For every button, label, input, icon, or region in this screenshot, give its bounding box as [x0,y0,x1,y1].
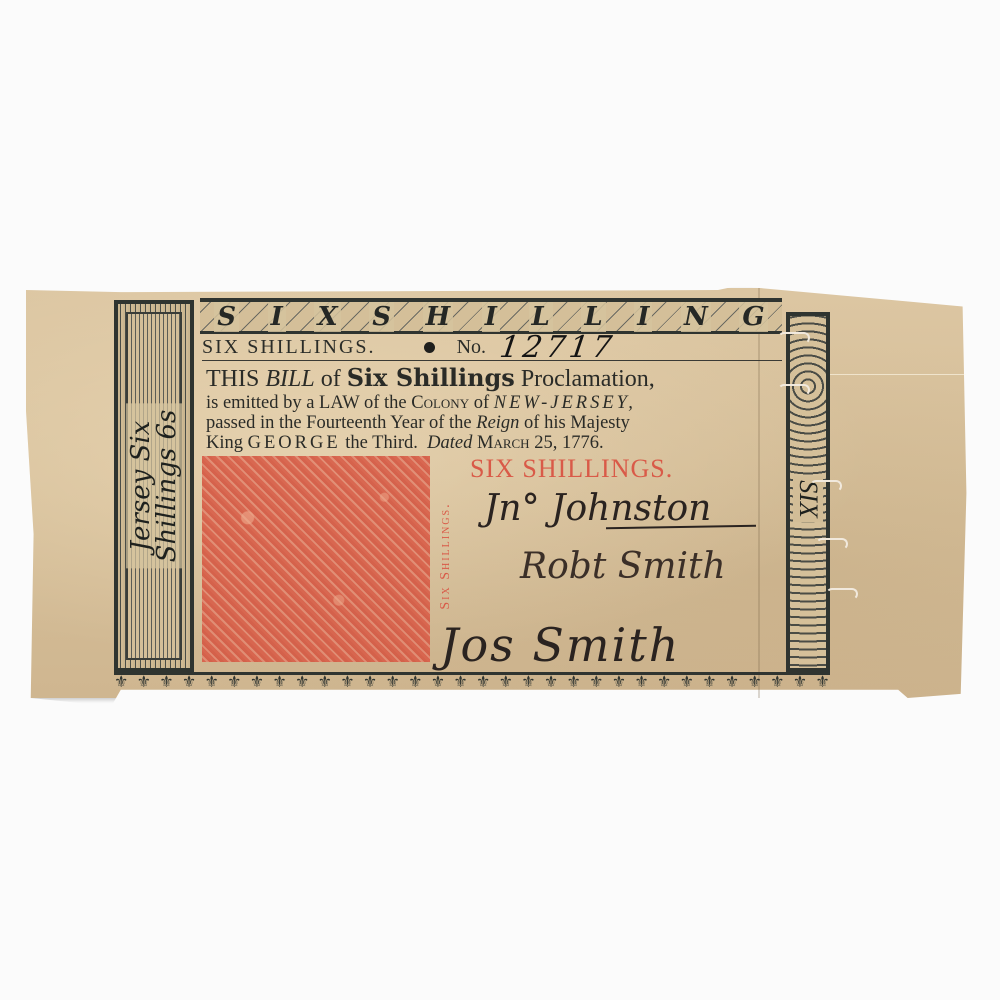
paper-crease [826,374,966,375]
signature-robt-smith: Robt Smith [520,546,726,587]
fleur-icon: ⚜ [272,675,286,691]
fleur-icon: ⚜ [770,675,784,691]
fleur-icon: ⚜ [431,675,445,691]
fleur-icon: ⚜ [521,675,535,691]
bottom-ornamental-border: ⚜⚜⚜⚜⚜⚜⚜⚜⚜⚜⚜⚜⚜⚜⚜⚜⚜⚜⚜⚜⚜⚜⚜⚜⚜⚜⚜⚜⚜⚜⚜⚜ [114,672,830,694]
fleur-icon: ⚜ [159,675,173,691]
signature-johnston: Jn° Johnston [484,488,711,529]
fleur-icon: ⚜ [363,675,377,691]
fleur-icon: ⚜ [137,675,151,691]
fleur-icon: ⚜ [408,675,422,691]
fleur-icon: ⚜ [680,675,694,691]
fleur-icon: ⚜ [386,675,400,691]
fleur-icon: ⚜ [589,675,603,691]
banknote: Jersey Six Shillings 6s SIX S I X S H I … [26,288,974,698]
fleur-icon: ⚜ [634,675,648,691]
fleur-icon: ⚜ [295,675,309,691]
fleur-icon: ⚜ [499,675,513,691]
proclamation-text: THIS BILL of Six Shillings Proclamation,… [206,364,786,453]
left-ornamental-panel: Jersey Six Shillings 6s [114,300,194,672]
thread-icon [826,588,858,600]
thread-icon [778,332,810,344]
fleur-icon: ⚜ [250,675,264,691]
fleur-icon: ⚜ [702,675,716,691]
number-label: No. [457,336,486,359]
denomination-line: SIX SHILLINGS. No. 12717 [202,334,782,361]
fleur-icon: ⚜ [318,675,332,691]
signature-jos-smith: Jos Smith [440,618,680,672]
red-vertical-denomination: Six Shillings. [438,502,454,609]
fleur-icon: ⚜ [748,675,762,691]
thread-icon [816,538,848,550]
red-denomination: SIX SHILLINGS. [470,454,673,484]
denomination-text: SIX SHILLINGS. [202,336,376,359]
fleur-icon: ⚜ [815,675,829,691]
fleur-icon: ⚜ [340,675,354,691]
fleur-icon: ⚜ [544,675,558,691]
thread-icon [810,480,842,492]
fleur-icon: ⚜ [227,675,241,691]
fleur-icon: ⚜ [476,675,490,691]
red-seal-block [202,456,430,662]
fleur-icon: ⚜ [205,675,219,691]
left-panel-text: Jersey Six Shillings 6s [126,404,182,569]
right-ornamental-panel: SIX [786,312,830,672]
thread-icon [778,384,810,396]
fleur-icon: ⚜ [793,675,807,691]
serial-number: 12717 [498,330,618,365]
fleur-icon: ⚜ [657,675,671,691]
fleur-icon: ⚜ [725,675,739,691]
fleur-icon: ⚜ [182,675,196,691]
fleur-icon: ⚜ [114,675,128,691]
dot-icon [424,342,435,353]
top-banner: S I X S H I L L I N G [200,298,782,334]
fleur-icon: ⚜ [612,675,626,691]
fleur-icon: ⚜ [567,675,581,691]
fleur-icon: ⚜ [453,675,467,691]
